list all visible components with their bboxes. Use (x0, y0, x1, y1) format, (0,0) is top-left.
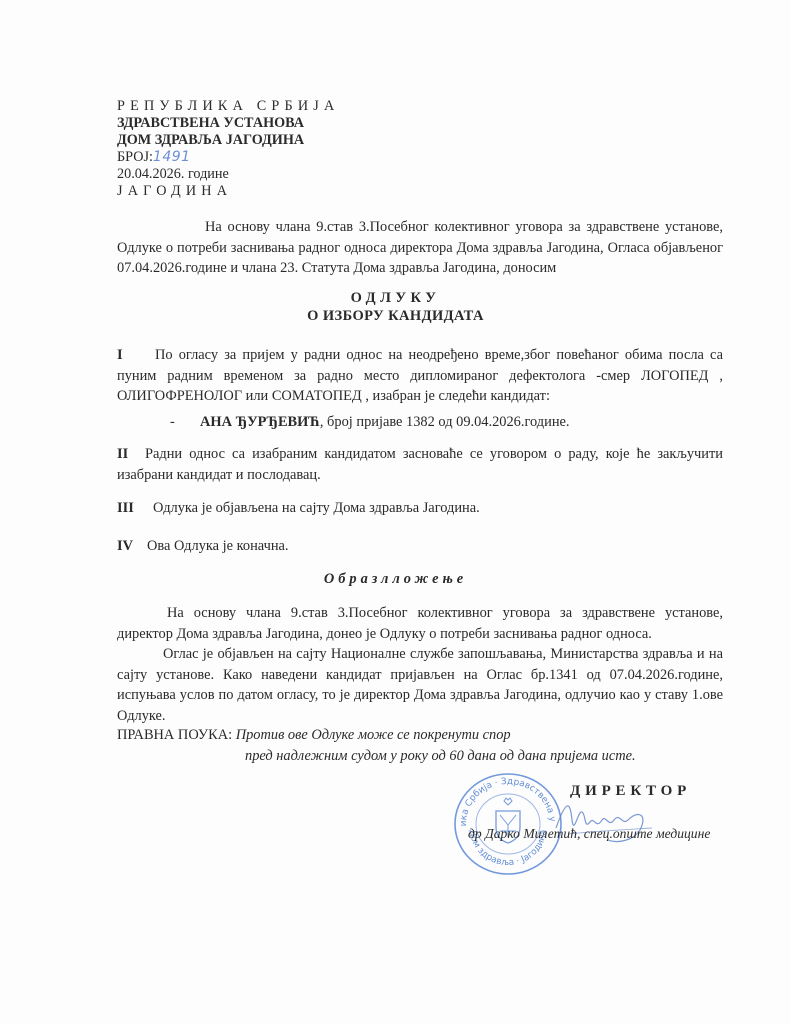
explanation-text-1: На основу члана 9.став 3.Посебног колект… (117, 605, 723, 642)
stamp-text-top: Република Србија · Здравствена установа (452, 771, 557, 826)
header-number: БРОЈ:1491 (117, 149, 191, 166)
legal-notice-line-2: пред надлежним судом у року од 60 дана о… (245, 748, 636, 765)
explanation-text-2: Оглас је објављен на сајту Националне сл… (117, 646, 723, 724)
legal-notice-line-1: Против ове Одлуке може се покренути спор (236, 727, 511, 743)
section-1: IПо огласу за пријем у радни однос на не… (117, 345, 723, 407)
number-label: БРОЈ: (117, 149, 153, 165)
candidate-details: , број пријаве 1382 од 09.04.2026.године… (320, 414, 570, 430)
header-country: РЕПУБЛИКА СРБИЈА (117, 98, 339, 115)
signature-name: др Дарко Милетић, спец.опште медицине (468, 826, 710, 842)
bullet: - (170, 414, 200, 431)
section-text: Ова Одлука је коначна. (147, 538, 289, 554)
header-city: ЈАГОДИНА (117, 183, 232, 200)
section-number: I (117, 345, 155, 366)
explanation-paragraph-2: Оглас је објављен на сајту Националне сл… (117, 644, 723, 726)
section-text: Одлука је објављена на сајту Дома здрављ… (153, 500, 480, 516)
header-date: 20.04.2026. године (117, 166, 229, 183)
section-number: II (117, 444, 145, 465)
document-page: РЕПУБЛИКА СРБИЈА ЗДРАВСТВЕНА УСТАНОВА ДО… (0, 0, 791, 1024)
legal-notice-label: ПРАВНА ПОУКА: (117, 727, 232, 743)
preamble: На основу члана 9.став 3.Посебног колект… (117, 217, 723, 279)
section-number: IV (117, 536, 147, 557)
explanation-paragraph-1: На основу члана 9.став 3.Посебног колект… (117, 603, 723, 644)
section-text: Радни однос са изабраним кандидатом засн… (117, 446, 723, 483)
preamble-text: На основу члана 9.став 3.Посебног колект… (117, 219, 723, 276)
header-institution-name: ДОМ ЗДРАВЉА ЈАГОДИНА (117, 132, 304, 149)
section-3: IIIОдлука је објављена на сајту Дома здр… (117, 498, 723, 519)
section-number: III (117, 498, 153, 519)
number-value: 1491 (153, 149, 191, 165)
signature-title: ДИРЕКТОР (570, 783, 691, 800)
legal-notice: ПРАВНА ПОУКА: Против ове Одлуке може се … (117, 727, 511, 744)
decision-title: ОДЛУКУ (0, 290, 791, 307)
candidate-name: АНА ЂУРЂЕВИЋ (200, 414, 320, 430)
section-4: IVОва Одлука је коначна. (117, 536, 723, 557)
header-institution-type: ЗДРАВСТВЕНА УСТАНОВА (117, 115, 304, 132)
explanation-title: Образлложење (0, 571, 791, 588)
decision-subtitle: О ИЗБОРУ КАНДИДАТА (0, 308, 791, 325)
section-2: IIРадни однос са изабраним кандидатом за… (117, 444, 723, 485)
section-text: По огласу за пријем у радни однос на нео… (117, 347, 723, 404)
selected-candidate: -АНА ЂУРЂЕВИЋ, број пријаве 1382 од 09.0… (170, 414, 570, 431)
svg-text:Република Србија · Здравствена: Република Србија · Здравствена установа (452, 771, 557, 826)
